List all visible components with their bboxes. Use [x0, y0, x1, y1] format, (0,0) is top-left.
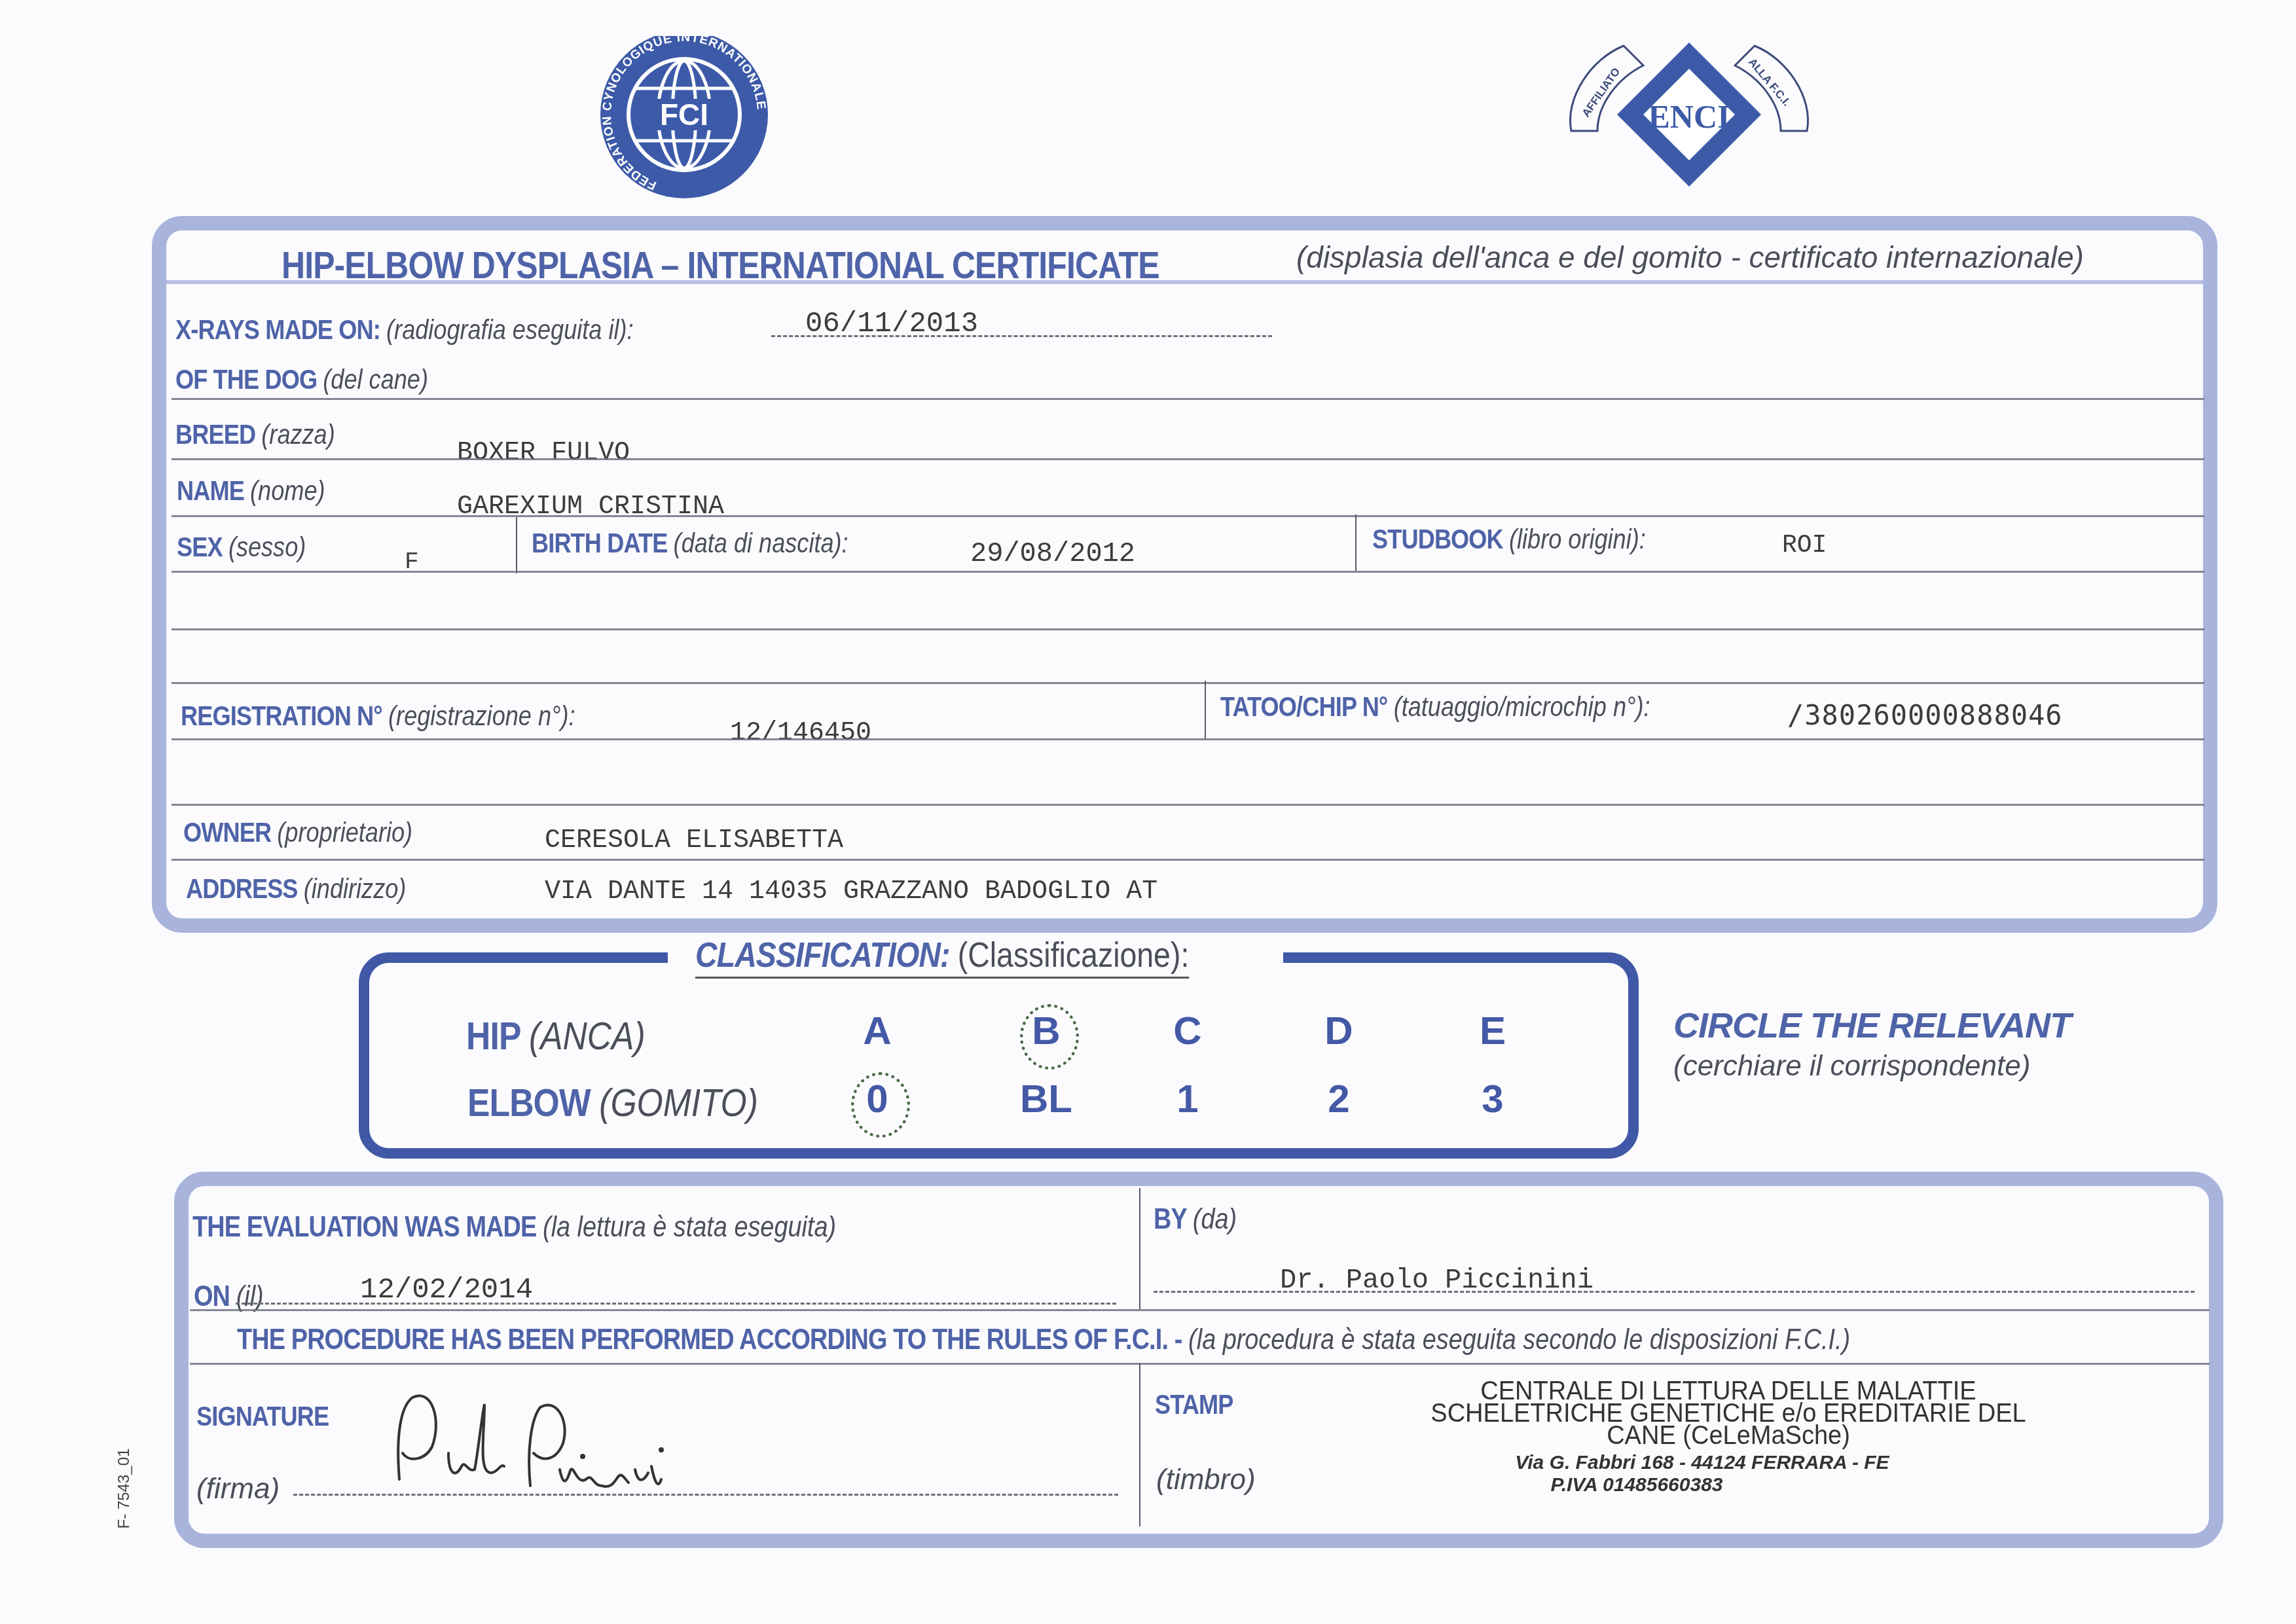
svg-text:ALLA F.C.I.: ALLA F.C.I. — [1746, 56, 1793, 108]
evaluation-on-label: ON (il) — [194, 1280, 264, 1313]
chip-label: TATOO/CHIP N° (tatuaggio/microchip n°): — [1220, 691, 1650, 723]
name-label: NAME (nome) — [177, 475, 325, 507]
studbook-value[interactable]: ROI — [1782, 532, 1827, 560]
breed-label: BREED (razza) — [175, 419, 335, 450]
registration-value[interactable]: 12/146450 — [730, 719, 871, 748]
signature-label: SIGNATURE — [196, 1401, 329, 1432]
evaluator-value[interactable]: Dr. Paolo Piccinini — [1280, 1265, 1594, 1296]
circle-instruction: CIRCLE THE RELEVANT — [1673, 1005, 2071, 1046]
birth-date-label: BIRTH DATE (data di nascita): — [532, 528, 848, 559]
hip-grade-c[interactable]: C — [1155, 1008, 1220, 1053]
enci-logo: ENCI AFFILIATO ALLA F.C.I. — [1552, 33, 1827, 196]
elbow-label: ELBOW (GOMITO) — [467, 1080, 758, 1125]
certificate-subtitle: (displasia dell'anca e del gomito - cert… — [1296, 240, 2084, 275]
stamp-address: Via G. Fabbri 168 - 44124 FERRARA - FE — [1283, 1452, 2121, 1474]
signature-label-it: (firma) — [196, 1473, 280, 1506]
elbow-grade-3[interactable]: 3 — [1460, 1076, 1525, 1121]
hip-grade-e[interactable]: E — [1460, 1008, 1525, 1053]
hip-label: HIP (ANCA) — [466, 1013, 646, 1058]
breed-value[interactable]: BOXER FULVO — [457, 439, 630, 468]
elbow-selected-circle-icon — [851, 1072, 910, 1138]
procedure-label: THE PROCEDURE HAS BEEN PERFORMED ACCORDI… — [237, 1324, 1850, 1356]
xrays-date-value[interactable]: 06/11/2013 — [805, 308, 978, 340]
studbook-label: STUDBOOK (libro origini): — [1372, 524, 1646, 555]
dog-name-value[interactable]: GAREXIUM CRISTINA — [457, 492, 724, 522]
birth-date-value[interactable]: 29/08/2012 — [970, 538, 1135, 569]
stamp-vat: P.IVA 01485660383 — [1152, 1474, 2121, 1496]
elbow-grade-2[interactable]: 2 — [1306, 1076, 1372, 1121]
fci-logo: FCI FEDERATION CYNOLOGIQUE INTERNATIONAL… — [589, 36, 779, 200]
svg-text:FCI: FCI — [660, 98, 708, 132]
xrays-label: X-RAYS MADE ON: (radiografia eseguita il… — [175, 314, 634, 346]
svg-text:ENCI: ENCI — [1648, 98, 1730, 135]
signature-image — [386, 1381, 812, 1496]
classification-title: CLASSIFICATION: (Classificazione): — [695, 935, 1189, 979]
hip-grade-a[interactable]: A — [845, 1008, 910, 1053]
hip-grade-d[interactable]: D — [1306, 1008, 1372, 1053]
elbow-grade-bl[interactable]: BL — [1013, 1076, 1079, 1121]
stamp-label: STAMP — [1155, 1389, 1233, 1420]
owner-label: OWNER (proprietario) — [183, 817, 412, 848]
form-code: F- 7543_01 — [115, 1423, 134, 1554]
owner-value[interactable]: CERESOLA ELISABETTA — [545, 826, 843, 856]
hip-selected-circle-icon — [1020, 1004, 1079, 1070]
stamp-line-3: CANE (CeLeMaSche) — [1355, 1424, 2102, 1447]
chip-value[interactable]: /380260000888046 — [1787, 699, 2063, 731]
by-label: BY (da) — [1154, 1203, 1237, 1236]
certificate-title: HIP-ELBOW DYSPLASIA – INTERNATIONAL CERT… — [282, 244, 1159, 287]
of-the-dog-label: OF THE DOG (del cane) — [175, 364, 428, 395]
stamp-block: CENTRALE DI LETTURA DELLE MALATTIE SCHEL… — [1336, 1380, 2121, 1496]
circle-instruction-it: (cerchiare il corrispondente) — [1673, 1050, 2030, 1083]
elbow-grade-1[interactable]: 1 — [1155, 1076, 1220, 1121]
registration-label: REGISTRATION N° (registrazione n°): — [181, 700, 575, 732]
evaluation-made-label: THE EVALUATION WAS MADE (la lettura è st… — [192, 1211, 836, 1244]
address-value[interactable]: VIA DANTE 14 14035 GRAZZANO BADOGLIO AT — [545, 877, 1157, 907]
address-label: ADDRESS (indirizzo) — [186, 873, 406, 905]
evaluation-date-value[interactable]: 12/02/2014 — [360, 1274, 533, 1307]
sex-label: SEX (sesso) — [177, 532, 306, 563]
